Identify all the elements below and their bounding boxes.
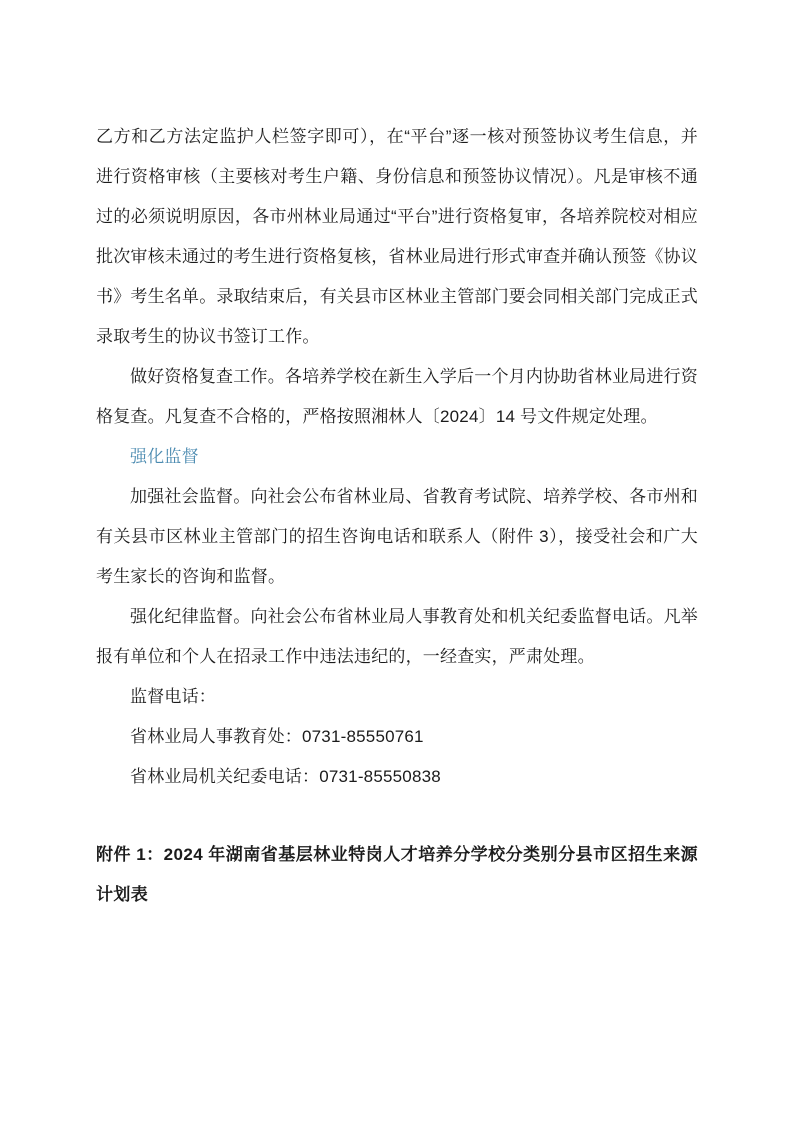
paragraph-line: 强化纪律监督。向社会公布省林业局人事教育处和机关纪委监督电话。凡举	[96, 597, 698, 637]
paragraph-gap	[96, 797, 698, 835]
paragraph-line: 加强社会监督。向社会公布省林业局、省教育考试院、培养学校、各市州和	[96, 477, 698, 517]
paragraph-line: 录取考生的协议书签订工作。	[96, 317, 698, 357]
paragraph-line: 报有单位和个人在招录工作中违法违纪的，一经查实，严肃处理。	[96, 637, 698, 677]
document-page: 乙方和乙方法定监护人栏签字即可），在“平台”逐一核对预签协议考生信息，并 进行资…	[0, 0, 793, 1122]
paragraph-line: 有关县市区林业主管部门的招生咨询电话和联系人（附件 3），接受社会和广大	[96, 517, 698, 557]
attachment-title-line: 附件 1：2024 年湖南省基层林业特岗人才培养分学校分类别分县市区招生来源	[96, 835, 698, 875]
paragraph-line: 乙方和乙方法定监护人栏签字即可），在“平台”逐一核对预签协议考生信息，并	[96, 117, 698, 157]
paragraph-line: 书》考生名单。录取结束后，有关县市区林业主管部门要会同相关部门完成正式	[96, 277, 698, 317]
paragraph-line: 进行资格审核（主要核对考生户籍、身份信息和预签协议情况）。凡是审核不通	[96, 157, 698, 197]
paragraph-line: 格复查。凡复查不合格的，严格按照湘林人〔2024〕14 号文件规定处理。	[96, 397, 698, 437]
section-heading: 强化监督	[96, 437, 698, 477]
attachment-title-line: 计划表	[96, 875, 698, 915]
supervision-phone-line: 省林业局人事教育处：0731-85550761	[96, 717, 698, 757]
paragraph-line: 批次审核未通过的考生进行资格复核，省林业局进行形式审查并确认预签《协议	[96, 237, 698, 277]
supervision-phone-line: 省林业局机关纪委电话：0731-85550838	[96, 757, 698, 797]
paragraph-line: 过的必须说明原因，各市州林业局通过“平台”进行资格复审，各培养院校对相应	[96, 197, 698, 237]
supervision-phone-label: 监督电话：	[96, 677, 698, 717]
paragraph-line: 考生家长的咨询和监督。	[96, 557, 698, 597]
paragraph-line: 做好资格复查工作。各培养学校在新生入学后一个月内协助省林业局进行资	[96, 357, 698, 397]
page-content: 乙方和乙方法定监护人栏签字即可），在“平台”逐一核对预签协议考生信息，并 进行资…	[96, 117, 698, 915]
